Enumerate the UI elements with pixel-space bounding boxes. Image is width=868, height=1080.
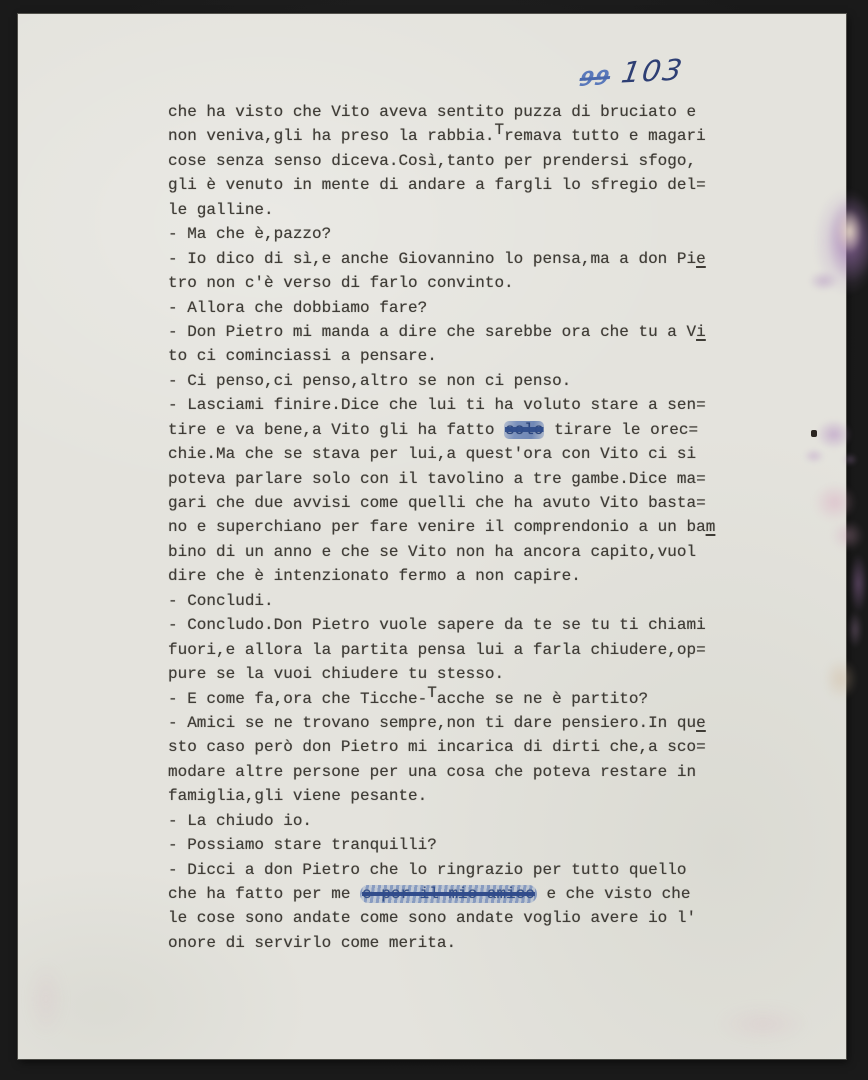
continuation-underline: m [706, 518, 716, 536]
typescript-line: no e superchiano per fare venire il comp… [168, 515, 738, 539]
typescript-line: - La chiudo io. [168, 809, 738, 833]
typescript-line: poteva parlare solo con il tavolino a tr… [168, 467, 738, 491]
typescript-text: che ha visto che Vito aveva sentito puzz… [168, 100, 738, 955]
typescript-line: dire che è intenzionato fermo a non capi… [168, 564, 738, 588]
continuation-underline: e [696, 250, 706, 268]
typescript-line: onore di servirlo come merita. [168, 931, 738, 955]
typescript-line: che ha fatto per me e per il mio amico e… [168, 882, 738, 906]
page-header: 99 103 [558, 54, 778, 106]
typescript-line: - Dicci a don Pietro che lo ringrazio pe… [168, 858, 738, 882]
typescript-line: - Concludi. [168, 589, 738, 613]
typescript-line: chie.Ma che se stava per lui,a quest'ora… [168, 442, 738, 466]
tan-stain [813, 644, 868, 714]
typescript-line: - Allora che dobbiamo fare? [168, 296, 738, 320]
typescript-line: le cose sono andate come sono andate vog… [168, 906, 738, 930]
typescript-line: fuori,e allora la partita pensa lui a fa… [168, 638, 738, 662]
typescript-line: gari che due avvisi come quelli che ha a… [168, 491, 738, 515]
typescript-line: to ci cominciassi a pensare. [168, 344, 738, 368]
continuation-underline: i [696, 323, 706, 341]
ink-speck [811, 430, 817, 437]
scanned-typescript-photo: { "document": { "kind": "scanned typewri… [0, 0, 868, 1080]
typescript-line: - Don Pietro mi manda a dire che sarebbe… [168, 320, 738, 344]
typescript-line: pure se la vuoi chiudere tu stesso. [168, 662, 738, 686]
purple-edge-smear [836, 549, 868, 664]
faint-pink-stain-bottom-right [678, 984, 848, 1064]
pink-stain [788, 469, 868, 564]
purple-stain-large [796, 164, 868, 314]
typescript-line: - Possiamo stare tranquilli? [168, 833, 738, 857]
typescript-line: tire e va bene,a Vito gli ha fatto solo … [168, 418, 738, 442]
typescript-line: - Concludo.Don Pietro vuole sapere da te… [168, 613, 738, 637]
faint-pink-stain-bottom-left [18, 934, 88, 1064]
typescript-line: bino di un anno e che se Vito non ha anc… [168, 540, 738, 564]
typescript-line: sto caso però don Pietro mi incarica di … [168, 735, 738, 759]
typescript-line: cose senza senso diceva.Così,tanto per p… [168, 149, 738, 173]
raised-letter: T [494, 121, 504, 139]
typescript-line: che ha visto che Vito aveva sentito puzz… [168, 100, 738, 124]
typescript-line: - Lasciami finire.Dice che lui ti ha vol… [168, 393, 738, 417]
typescript-line: tro non c'è verso di farlo convinto. [168, 271, 738, 295]
typescript-line: - E come fa,ora che Ticche-Tacche se ne … [168, 687, 738, 711]
typescript-line: - Ma che è,pazzo? [168, 222, 738, 246]
page-number: 103 [619, 52, 686, 89]
typescript-line: modare altre persone per una cosa che po… [168, 760, 738, 784]
blue-ink-strikethrough: solo [504, 421, 544, 439]
purple-stain-blotch [790, 402, 868, 474]
cancelled-page-number: 99 [578, 65, 613, 91]
typescript-line: famiglia,gli viene pesante. [168, 784, 738, 808]
raised-letter: T [427, 684, 437, 702]
manuscript-page: 99 103 che ha visto che Vito aveva senti… [18, 14, 846, 1059]
continuation-underline: e [696, 714, 706, 732]
typescript-line: - Amici se ne trovano sempre,non ti dare… [168, 711, 738, 735]
typescript-line: - Io dico di sì,e anche Giovannino lo pe… [168, 247, 738, 271]
typescript-line: non veniva,gli ha preso la rabbia.Tremav… [168, 124, 738, 148]
typescript-line: le galline. [168, 198, 738, 222]
typescript-line: - Ci penso,ci penso,altro se non ci pens… [168, 369, 738, 393]
typescript-line: gli è venuto in mente di andare a fargli… [168, 173, 738, 197]
blue-ink-strikethrough: e per il mio amico [360, 885, 537, 903]
